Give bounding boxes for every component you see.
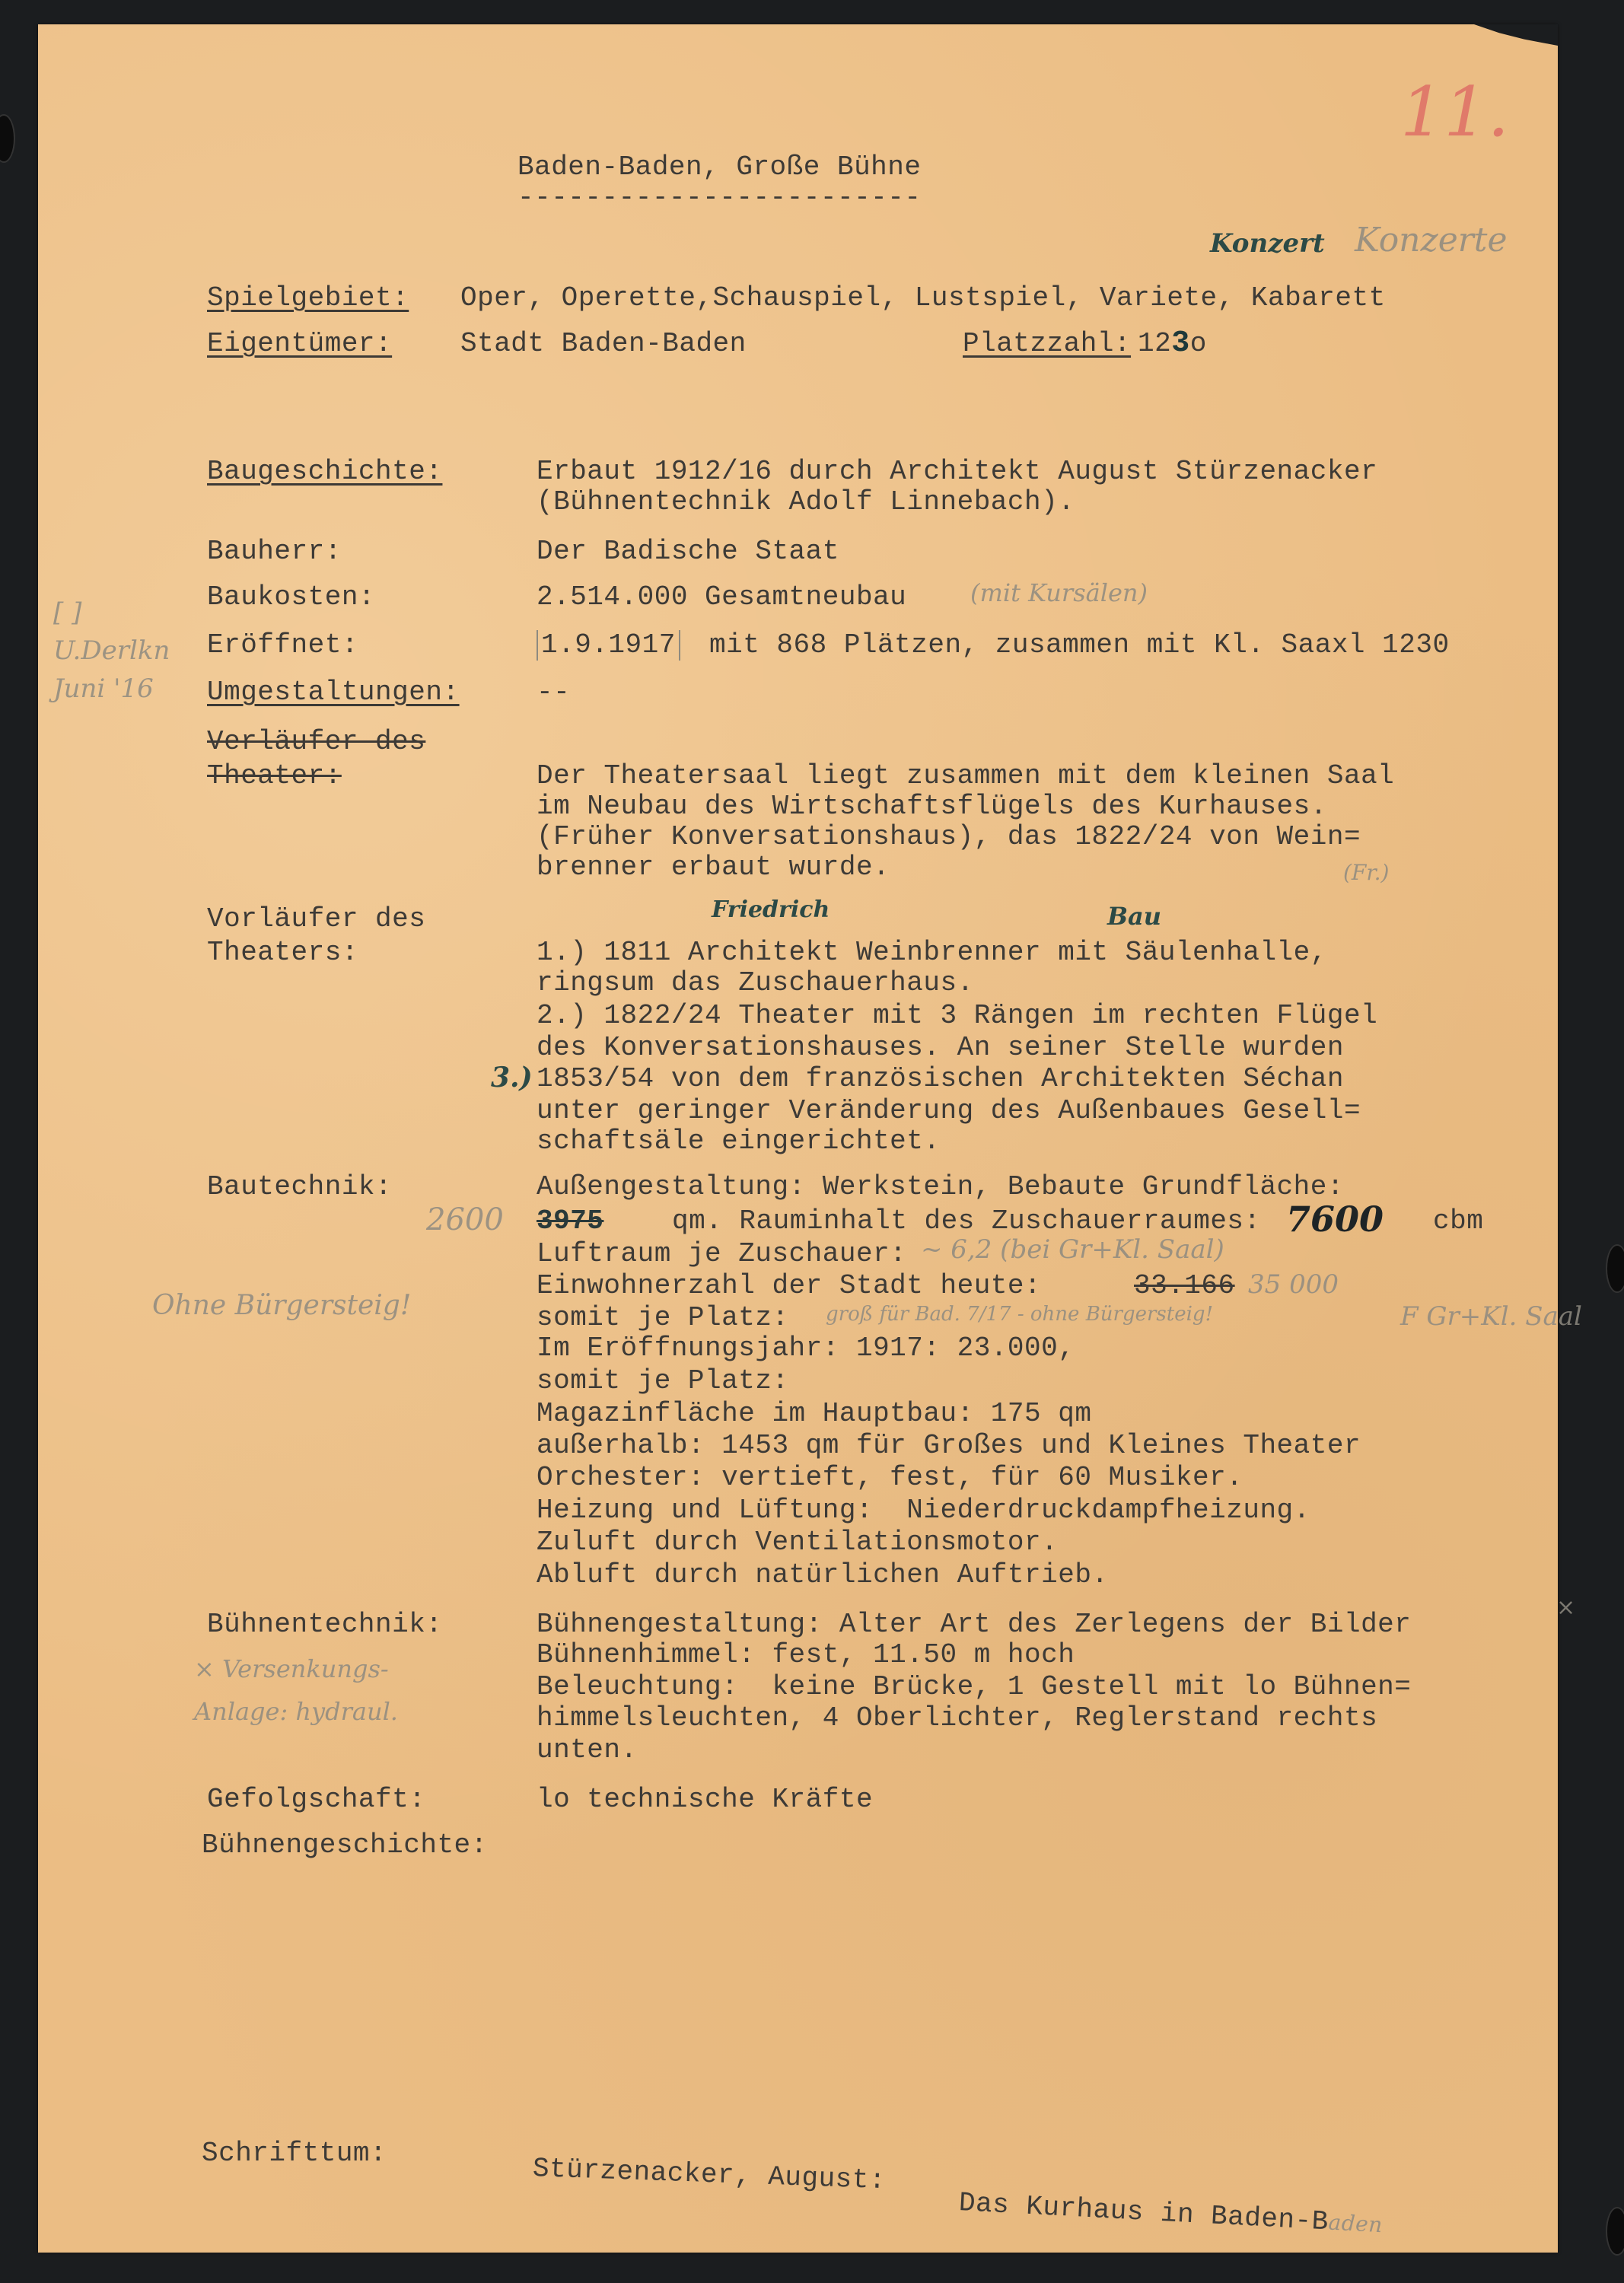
schrifttum-title-pencil: aden bbox=[1328, 2209, 1384, 2237]
label-spielgebiet: Spielgebiet: bbox=[207, 283, 409, 314]
label-buehnengeschichte: Bühnengeschichte: bbox=[202, 1830, 488, 1861]
grundflaeche-new: 2600 bbox=[426, 1202, 504, 1237]
bautechnik-line: Im Eröffnungsjahr: 1917: 23.000, bbox=[537, 1333, 1075, 1364]
bautechnik-line: Zuluft durch Ventilationsmotor. bbox=[537, 1527, 1058, 1558]
label-gefolgschaft: Gefolgschaft: bbox=[207, 1785, 425, 1815]
punch-hole bbox=[1606, 1244, 1624, 1293]
label-eigentuemer: Eigentümer: bbox=[207, 329, 392, 359]
baukosten-note: (mit Kursälen) bbox=[970, 578, 1148, 607]
buehnentechnik-line: himmelsleuchten, 4 Oberlichter, Reglerst… bbox=[537, 1703, 1377, 1734]
insert-konzert: Konzert bbox=[1210, 228, 1325, 259]
baugeschichte-line: (Bühnentechnik Adolf Linnebach). bbox=[537, 487, 1075, 517]
vorlaeufer-line: schaftsäle eingerichtet. bbox=[537, 1126, 940, 1157]
insert-bau: Bau bbox=[1107, 902, 1161, 931]
buehnentechnik-line: Bühnenhimmel: fest, 11.50 m hoch bbox=[537, 1640, 1075, 1670]
bautechnik-line: Luftraum je Zuschauer: bbox=[537, 1239, 906, 1269]
title-rule: ------------------------ bbox=[517, 183, 921, 213]
punch-hole bbox=[0, 114, 15, 163]
label-schrifttum: Schrifttum: bbox=[202, 2138, 387, 2169]
label-umgestaltungen: Umgestaltungen: bbox=[207, 677, 460, 708]
bautechnik-line: Einwohnerzahl der Stadt heute: bbox=[537, 1271, 1041, 1301]
value-bauherr: Der Badische Staat bbox=[537, 537, 839, 567]
vorlaeufer-line: ringsum das Zuschauerhaus. bbox=[537, 968, 974, 998]
insert-konzerte: Konzerte bbox=[1355, 221, 1508, 260]
bautechnik-line: Orchester: vertieft, fest, für 60 Musike… bbox=[537, 1463, 1243, 1493]
vorlaeufer-line: 2.) 1822/24 Theater mit 3 Rängen im rech… bbox=[537, 1001, 1377, 1031]
value-gefolgschaft: lo technische Kräfte bbox=[537, 1785, 873, 1815]
punch-hole bbox=[1606, 2207, 1624, 2256]
document-title: Baden-Baden, Große Bühne bbox=[517, 152, 921, 183]
einwohner-struck: 33.166 bbox=[1134, 1271, 1235, 1301]
bautechnik-line: Außengestaltung: Werkstein, Bebaute Grun… bbox=[537, 1172, 1344, 1202]
bautechnik-line: somit je Platz: bbox=[537, 1366, 789, 1396]
page-number-annotation: 11. bbox=[1400, 72, 1509, 152]
struck-label: Verläufer-des bbox=[207, 727, 425, 757]
baugeschichte-line: Erbaut 1912/16 durch Architekt August St… bbox=[537, 457, 1377, 487]
theatersaal-line: im Neubau des Wirtschaftsflügels des Kur… bbox=[537, 791, 1327, 822]
label-baugeschichte: Baugeschichte: bbox=[207, 457, 442, 487]
value-spielgebiet: Oper, Operette,Schauspiel, Lustspiel, Va… bbox=[460, 283, 1386, 314]
vorlaeufer-line: 1853/54 von dem französischen Architekte… bbox=[537, 1064, 1344, 1094]
value-baukosten: 2.514.000 Gesamtneubau bbox=[537, 582, 906, 613]
bautechnik-line: qm. Rauminhalt des Zuschauerraumes: bbox=[672, 1206, 1261, 1237]
bautechnik-line: somit je Platz: bbox=[537, 1303, 789, 1333]
label-bautechnik: Bautechnik: bbox=[207, 1172, 392, 1202]
vorlaeufer-line: 1.) 1811 Architekt Weinbrenner mit Säule… bbox=[537, 938, 1327, 968]
eroeffnet-date: 1.9.1917 bbox=[537, 630, 680, 661]
label-eroeffnet: Eröffnet: bbox=[207, 630, 358, 661]
einwohner-new: 35 000 bbox=[1248, 1269, 1339, 1300]
theatersaal-line: Der Theatersaal liegt zusammen mit dem k… bbox=[537, 761, 1394, 791]
value-eigentuemer: Stadt Baden-Baden bbox=[460, 329, 747, 359]
rauminhalt-unit: cbm bbox=[1433, 1206, 1483, 1237]
bautechnik-line: Heizung und Lüftung: Niederdruckdampfhei… bbox=[537, 1495, 1310, 1526]
theatersaal-line: (Früher Konversationshaus), das 1822/24 … bbox=[537, 822, 1361, 852]
buehnentechnik-line: Bühnengestaltung: Alter Art des Zerlegen… bbox=[537, 1610, 1411, 1640]
bautechnik-line: Magazinfläche im Hauptbau: 175 qm bbox=[537, 1399, 1091, 1429]
platzzahl-correction: 3 bbox=[1171, 326, 1190, 361]
label-platzzahl: Platzzahl: bbox=[963, 329, 1131, 359]
torn-corner bbox=[1474, 24, 1558, 46]
vorlaeufer-line: unter geringer Veränderung des Außenbaue… bbox=[537, 1096, 1361, 1126]
vorlaeufer-line: des Konversationshauses. An seiner Stell… bbox=[537, 1033, 1344, 1063]
label-baukosten: Baukosten: bbox=[207, 582, 375, 613]
margin-note-right: F Gr+Kl. Saal bbox=[1400, 1301, 1582, 1332]
bautechnik-line: außerhalb: 1453 qm für Großes und Kleine… bbox=[537, 1431, 1361, 1461]
buehnentechnik-line: unten. bbox=[537, 1735, 638, 1766]
platzzahl-suffix: o bbox=[1190, 328, 1207, 359]
platzzahl-digits: 12 bbox=[1138, 328, 1171, 359]
theatersaal-line: brenner erbaut wurde. bbox=[537, 852, 890, 883]
somit-note: groß für Bad. 7/17 - ohne Bürgersteig! bbox=[826, 1303, 1213, 1326]
grundflaeche-struck: 3975 bbox=[537, 1206, 603, 1237]
marker-3: 3.) bbox=[491, 1062, 533, 1094]
x-mark: × bbox=[1556, 1594, 1575, 1621]
insert-friedrich: Friedrich bbox=[712, 896, 830, 923]
label-bauherr: Bauherr: bbox=[207, 537, 342, 567]
label-vorlaeufer: Theaters: bbox=[207, 938, 358, 968]
rauminhalt-value: 7600 bbox=[1286, 1199, 1384, 1240]
left-margin-note: [ ] U.Derlkn Juni '16 bbox=[53, 594, 170, 708]
struck-label: Theater: bbox=[207, 761, 342, 791]
buehnentechnik-margin-note: × Versenkungs- Anlage: hydraul. bbox=[194, 1648, 398, 1733]
theatersaal-note: (Fr.) bbox=[1343, 860, 1389, 885]
label-buehnentechnik: Bühnentechnik: bbox=[207, 1610, 442, 1640]
bautechnik-line: Abluft durch natürlichen Auftrieb. bbox=[537, 1560, 1109, 1590]
label-vorlaeufer: Vorläufer des bbox=[207, 904, 425, 935]
value-umgestaltungen: -- bbox=[537, 677, 570, 708]
buehnentechnik-line: Beleuchtung: keine Brücke, 1 Gestell mit… bbox=[537, 1672, 1411, 1702]
margin-note-left: Ohne Bürgersteig! bbox=[152, 1290, 411, 1321]
luftraum-note: ~ 6,2 (bei Gr+Kl. Saal) bbox=[921, 1234, 1224, 1265]
value-eroeffnet: mit 868 Plätzen, zusammen mit Kl. Saaxl … bbox=[709, 630, 1450, 661]
platzzahl-typed: 123o bbox=[1138, 329, 1207, 359]
